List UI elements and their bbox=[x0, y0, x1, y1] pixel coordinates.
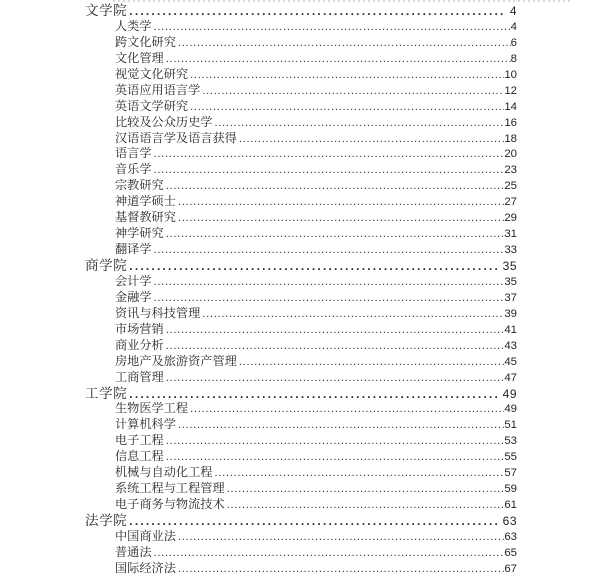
page-number: 4 bbox=[511, 20, 517, 36]
toc-entry-label: 系统工程与工程管理 bbox=[115, 481, 225, 497]
toc-heading-label: 文学院 bbox=[85, 3, 127, 19]
page-number: 14 bbox=[504, 100, 517, 116]
page-number: 29 bbox=[504, 211, 517, 227]
dot-leader bbox=[154, 146, 505, 163]
page-number: 53 bbox=[504, 434, 517, 450]
page-number: 18 bbox=[504, 132, 517, 148]
toc-entry-label: 英语文学研究 bbox=[115, 99, 188, 115]
dot-leader bbox=[227, 497, 505, 514]
dot-leader bbox=[166, 178, 505, 195]
toc-entry[interactable]: 生物医学工程 49 bbox=[85, 401, 517, 417]
dot-leader bbox=[178, 417, 504, 434]
toc-entry-label: 普通法 bbox=[115, 545, 152, 561]
dot-leader bbox=[154, 290, 505, 307]
toc-entry-label: 计算机科学 bbox=[115, 417, 176, 433]
page-number: 39 bbox=[504, 307, 517, 323]
toc-entry-label: 生物医学工程 bbox=[115, 401, 188, 417]
dot-leader bbox=[202, 83, 504, 100]
toc-entry-label: 跨文化研究 bbox=[115, 35, 176, 51]
page-number: 33 bbox=[504, 243, 517, 259]
page-number: 49 bbox=[503, 387, 517, 403]
dot-leader bbox=[190, 401, 504, 418]
toc-entry[interactable]: 中国商业法 63 bbox=[85, 529, 517, 545]
dot-leader bbox=[154, 162, 505, 179]
dot-leader bbox=[129, 513, 498, 530]
toc-entry-label: 会计学 bbox=[115, 274, 152, 290]
page-number: 49 bbox=[504, 402, 517, 418]
page-number: 23 bbox=[504, 163, 517, 179]
toc-entry[interactable]: 英语应用语言学 12 bbox=[85, 83, 517, 99]
toc-entry[interactable]: 会计学 35 bbox=[85, 274, 517, 290]
dot-leader bbox=[129, 386, 498, 403]
dot-leader bbox=[227, 481, 505, 498]
page-number: 47 bbox=[504, 371, 517, 387]
dot-leader bbox=[239, 131, 504, 148]
page-number: 10 bbox=[504, 68, 517, 84]
page-number: 59 bbox=[504, 482, 517, 498]
toc-entry-label: 市场营销 bbox=[115, 322, 164, 338]
toc-entry-label: 信息工程 bbox=[115, 449, 164, 465]
dot-leader bbox=[178, 529, 504, 546]
toc-entry[interactable]: 宗教研究 25 bbox=[85, 178, 517, 194]
toc-section-heading[interactable]: 法学院 63 bbox=[85, 513, 517, 529]
page-number: 16 bbox=[504, 116, 517, 132]
toc-entry[interactable]: 普通法 65 bbox=[85, 545, 517, 561]
table-of-contents: 文学院 4 人类学 4 跨文化研究 6 文化管理 8 视觉文化研究 10 英语应… bbox=[85, 3, 517, 577]
page-number: 51 bbox=[504, 418, 517, 434]
toc-entry[interactable]: 音乐学 23 bbox=[85, 162, 517, 178]
toc-entry-label: 商业分析 bbox=[115, 338, 164, 354]
page-number: 8 bbox=[511, 52, 517, 68]
dot-leader bbox=[178, 210, 504, 227]
toc-entry-label: 电子商务与物流技术 bbox=[115, 497, 225, 513]
toc-entry-label: 中国商业法 bbox=[115, 529, 176, 545]
toc-entry[interactable]: 电子商务与物流技术 61 bbox=[85, 497, 517, 513]
page-number: 35 bbox=[504, 275, 517, 291]
toc-entry[interactable]: 电子工程 53 bbox=[85, 433, 517, 449]
page-number: 37 bbox=[504, 291, 517, 307]
toc-entry-label: 基督教研究 bbox=[115, 210, 176, 226]
toc-entry-label: 音乐学 bbox=[115, 162, 152, 178]
page-number: 55 bbox=[504, 450, 517, 466]
toc-heading-label: 工学院 bbox=[85, 386, 127, 402]
page-number: 57 bbox=[504, 466, 517, 482]
page-number: 25 bbox=[504, 179, 517, 195]
page-number: 63 bbox=[504, 530, 517, 546]
dot-leader bbox=[154, 242, 505, 259]
page-number: 63 bbox=[503, 514, 517, 530]
toc-entry-label: 神道学硕士 bbox=[115, 194, 176, 210]
toc-section-heading[interactable]: 商学院 35 bbox=[85, 258, 517, 274]
toc-entry-label: 金融学 bbox=[115, 290, 152, 306]
page-number: 43 bbox=[504, 339, 517, 355]
toc-entry-label: 神学研究 bbox=[115, 226, 164, 242]
dot-leader bbox=[166, 433, 505, 450]
toc-entry-label: 电子工程 bbox=[115, 433, 164, 449]
toc-entry[interactable]: 计算机科学 51 bbox=[85, 417, 517, 433]
toc-entry-label: 工商管理 bbox=[115, 370, 164, 386]
dot-leader bbox=[166, 449, 505, 466]
document-page: 文学院 4 人类学 4 跨文化研究 6 文化管理 8 视觉文化研究 10 英语应… bbox=[0, 0, 605, 577]
page-number: 27 bbox=[504, 195, 517, 211]
dot-leader bbox=[202, 306, 504, 323]
toc-entry[interactable]: 系统工程与工程管理 59 bbox=[85, 481, 517, 497]
toc-entry[interactable]: 翻译学 33 bbox=[85, 242, 517, 258]
toc-entry[interactable]: 视觉文化研究 10 bbox=[85, 67, 517, 83]
toc-entry-label: 语言学 bbox=[115, 146, 152, 162]
toc-entry-label: 英语应用语言学 bbox=[115, 83, 200, 99]
toc-heading-label: 法学院 bbox=[85, 513, 127, 529]
page-number: 61 bbox=[504, 498, 517, 514]
toc-entry-label: 比较及公众历史学 bbox=[115, 115, 213, 131]
page-number: 20 bbox=[504, 147, 517, 163]
toc-section-heading[interactable]: 文学院 4 bbox=[85, 3, 517, 19]
toc-entry-label: 资讯与科技管理 bbox=[115, 306, 200, 322]
toc-entry[interactable]: 市场营销 41 bbox=[85, 322, 517, 338]
toc-entry-label: 视觉文化研究 bbox=[115, 67, 188, 83]
page-number: 4 bbox=[510, 4, 517, 20]
toc-entry-label: 汉语语言学及语言获得 bbox=[115, 131, 237, 147]
toc-entry[interactable]: 跨文化研究 6 bbox=[85, 35, 517, 51]
dot-leader bbox=[154, 19, 511, 36]
toc-entry[interactable]: 英语文学研究 14 bbox=[85, 99, 517, 115]
toc-entry[interactable]: 基督教研究 29 bbox=[85, 210, 517, 226]
toc-entry[interactable]: 商业分析 43 bbox=[85, 338, 517, 354]
dot-leader bbox=[129, 3, 506, 20]
dot-leader bbox=[154, 274, 505, 291]
toc-section-heading[interactable]: 工学院 49 bbox=[85, 386, 517, 402]
dot-leader bbox=[178, 561, 504, 577]
dot-leader bbox=[239, 354, 504, 371]
dot-leader bbox=[178, 35, 511, 52]
toc-entry-label: 房地产及旅游资产管理 bbox=[115, 354, 237, 370]
page-number: 67 bbox=[504, 562, 517, 577]
toc-entry[interactable]: 工商管理 47 bbox=[85, 370, 517, 386]
toc-entry[interactable]: 人类学 4 bbox=[85, 19, 517, 35]
page-number: 6 bbox=[511, 36, 517, 52]
cut-off-line-sliver bbox=[113, 0, 571, 2]
page-number: 65 bbox=[504, 546, 517, 562]
dot-leader bbox=[178, 194, 504, 211]
toc-entry[interactable]: 比较及公众历史学 16 bbox=[85, 115, 517, 131]
dot-leader bbox=[166, 226, 505, 243]
dot-leader bbox=[190, 67, 504, 84]
page-number: 12 bbox=[504, 84, 517, 100]
dot-leader bbox=[190, 99, 504, 116]
toc-entry[interactable]: 机械与自动化工程 57 bbox=[85, 465, 517, 481]
toc-entry-label: 国际经济法 bbox=[115, 561, 176, 577]
dot-leader bbox=[166, 322, 505, 339]
toc-entry-label: 宗教研究 bbox=[115, 178, 164, 194]
toc-entry[interactable]: 神道学硕士 27 bbox=[85, 194, 517, 210]
toc-entry[interactable]: 神学研究 31 bbox=[85, 226, 517, 242]
page-number: 45 bbox=[504, 355, 517, 371]
toc-entry[interactable]: 信息工程 55 bbox=[85, 449, 517, 465]
toc-entry[interactable]: 文化管理 8 bbox=[85, 51, 517, 67]
page-number: 41 bbox=[504, 323, 517, 339]
dot-leader bbox=[215, 115, 505, 132]
toc-entry[interactable]: 汉语语言学及语言获得 18 bbox=[85, 131, 517, 147]
toc-entry-label: 文化管理 bbox=[115, 51, 164, 67]
toc-entry-label: 人类学 bbox=[115, 19, 152, 35]
dot-leader bbox=[129, 258, 498, 275]
dot-leader bbox=[166, 51, 511, 68]
dot-leader bbox=[166, 370, 505, 387]
toc-entry[interactable]: 资讯与科技管理 39 bbox=[85, 306, 517, 322]
toc-heading-label: 商学院 bbox=[85, 258, 127, 274]
toc-entry[interactable]: 金融学 37 bbox=[85, 290, 517, 306]
page-number: 31 bbox=[504, 227, 517, 243]
dot-leader bbox=[166, 338, 505, 355]
dot-leader bbox=[154, 545, 505, 562]
toc-entry[interactable]: 房地产及旅游资产管理 45 bbox=[85, 354, 517, 370]
dot-leader bbox=[215, 465, 505, 482]
toc-entry-label: 机械与自动化工程 bbox=[115, 465, 213, 481]
toc-entry-label: 翻译学 bbox=[115, 242, 152, 258]
toc-entry[interactable]: 语言学 20 bbox=[85, 146, 517, 162]
toc-entry[interactable]: 国际经济法 67 bbox=[85, 561, 517, 577]
page-number: 35 bbox=[503, 259, 517, 275]
